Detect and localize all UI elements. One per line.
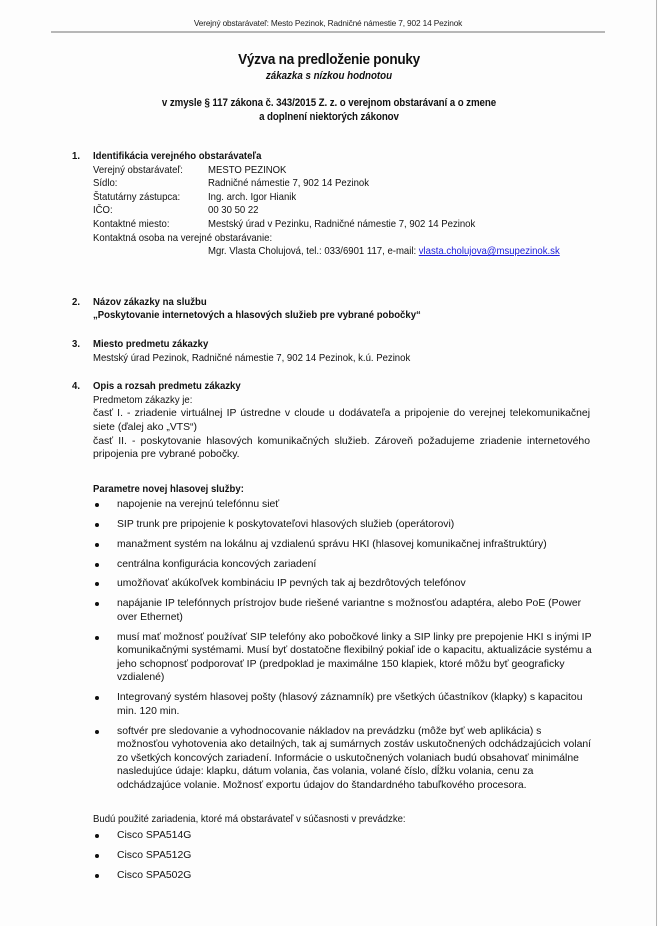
title-block: Výzva na predloženie ponuky zákazka s ní… bbox=[0, 52, 658, 124]
list-item: Cisco SPA514G bbox=[93, 829, 594, 843]
kv-key: Verejný obstarávateľ: bbox=[93, 164, 183, 178]
list-item: Cisco SPA502G bbox=[93, 869, 594, 883]
list-item: Integrovaný systém hlasovej pošty (hlaso… bbox=[93, 691, 594, 718]
document-title: Výzva na predloženie ponuky bbox=[23, 52, 635, 69]
contact-label: Kontaktná osoba na verejné obstarávanie: bbox=[93, 232, 272, 246]
kv-value: MESTO PEZINOK bbox=[208, 164, 286, 178]
kv-row: IČO: 00 30 50 22 bbox=[93, 204, 592, 218]
kv-row: Sídlo: Radničné námestie 7, 902 14 Pezin… bbox=[93, 177, 592, 191]
section-title: Identifikácia verejného obstarávateľa bbox=[93, 150, 261, 164]
list-item: manažment systém na lokálnu aj vzdialenú… bbox=[93, 538, 594, 552]
kv-key: Štatutárny zástupca: bbox=[93, 191, 180, 205]
kv-value: Mestský úrad v Pezinku, Radničné námesti… bbox=[208, 218, 475, 232]
law-line-2: a doplnení niektorých zákonov bbox=[26, 110, 631, 124]
contract-name: „Poskytovanie internetových a hlasových … bbox=[93, 309, 421, 323]
document-subtitle: zákazka s nízkou hodnotou bbox=[26, 70, 631, 83]
list-item: musí mať možnosť používať SIP telefóny a… bbox=[93, 631, 594, 685]
kv-row: Kontaktné miesto: Mestský úrad v Pezinku… bbox=[93, 218, 592, 232]
kv-value: 00 30 50 22 bbox=[208, 204, 259, 218]
section-3: 3. Miesto predmetu zákazky Mestský úrad … bbox=[72, 338, 592, 365]
section-1: 1. Identifikácia verejného obstarávateľa… bbox=[72, 150, 592, 259]
part-2-text: časť II. - poskytovanie hlasových komuni… bbox=[93, 435, 590, 462]
kv-key: Kontaktné miesto: bbox=[93, 218, 170, 232]
list-item: napájanie IP telefónnych prístrojov bude… bbox=[93, 597, 594, 624]
list-item: centrálna konfigurácia koncových zariade… bbox=[93, 558, 594, 572]
section-number: 4. bbox=[72, 380, 80, 394]
kv-key: Sídlo: bbox=[93, 177, 117, 191]
section-number: 2. bbox=[72, 296, 80, 310]
contact-email-link[interactable]: vlasta.cholujova@msupezinok.sk bbox=[419, 246, 560, 257]
contact-text: Mgr. Vlasta Cholujová, tel.: 033/6901 11… bbox=[208, 246, 419, 257]
law-reference: v zmysle § 117 zákona č. 343/2015 Z. z. … bbox=[26, 96, 631, 124]
list-item: softvér pre sledovanie a vyhodnocovanie … bbox=[93, 725, 594, 793]
part-1-text: časť I. - zriadenie virtuálnej IP ústred… bbox=[93, 407, 590, 434]
header-rule bbox=[51, 31, 605, 33]
parameters-list: napojenie na verejnú telefónnu sieť SIP … bbox=[93, 498, 592, 792]
devices-intro: Budú použité zariadenia, ktoré má obstar… bbox=[93, 813, 406, 827]
list-item: napojenie na verejnú telefónnu sieť bbox=[93, 498, 594, 512]
kv-value: Ing. arch. Igor Hianik bbox=[208, 191, 296, 205]
list-item: Cisco SPA512G bbox=[93, 849, 594, 863]
running-header: Verejný obstarávateľ: Mesto Pezinok, Rad… bbox=[51, 18, 605, 28]
section-number: 1. bbox=[72, 150, 80, 164]
section-4: 4. Opis a rozsah predmetu zákazky Predme… bbox=[72, 380, 592, 882]
contact-line: Mgr. Vlasta Cholujová, tel.: 033/6901 11… bbox=[208, 245, 560, 259]
parameters-heading: Parametre novej hlasovej služby: bbox=[93, 483, 244, 497]
location-text: Mestský úrad Pezinok, Radničné námestie … bbox=[93, 352, 410, 366]
section-title: Miesto predmetu zákazky bbox=[93, 338, 208, 352]
document-body: 1. Identifikácia verejného obstarávateľa… bbox=[72, 150, 592, 888]
page-edge bbox=[656, 0, 657, 926]
law-line-1: v zmysle § 117 zákona č. 343/2015 Z. z. … bbox=[26, 96, 631, 110]
section-2: 2. Názov zákazky na službu „Poskytovanie… bbox=[72, 296, 592, 323]
kv-row: Štatutárny zástupca: Ing. arch. Igor Hia… bbox=[93, 191, 592, 205]
kv-key: IČO: bbox=[93, 204, 113, 218]
devices-list: Cisco SPA514G Cisco SPA512G Cisco SPA502… bbox=[93, 829, 592, 882]
kv-value: Radničné námestie 7, 902 14 Pezinok bbox=[208, 177, 369, 191]
list-item: umožňovať akúkoľvek kombináciu IP pevnýc… bbox=[93, 577, 594, 591]
subject-intro: Predmetom zákazky je: bbox=[93, 394, 192, 408]
section-number: 3. bbox=[72, 338, 80, 352]
section-title: Názov zákazky na službu bbox=[93, 296, 207, 310]
section-title: Opis a rozsah predmetu zákazky bbox=[93, 380, 241, 394]
list-item: SIP trunk pre pripojenie k poskytovateľo… bbox=[93, 518, 594, 532]
kv-row: Verejný obstarávateľ: MESTO PEZINOK bbox=[93, 164, 592, 178]
